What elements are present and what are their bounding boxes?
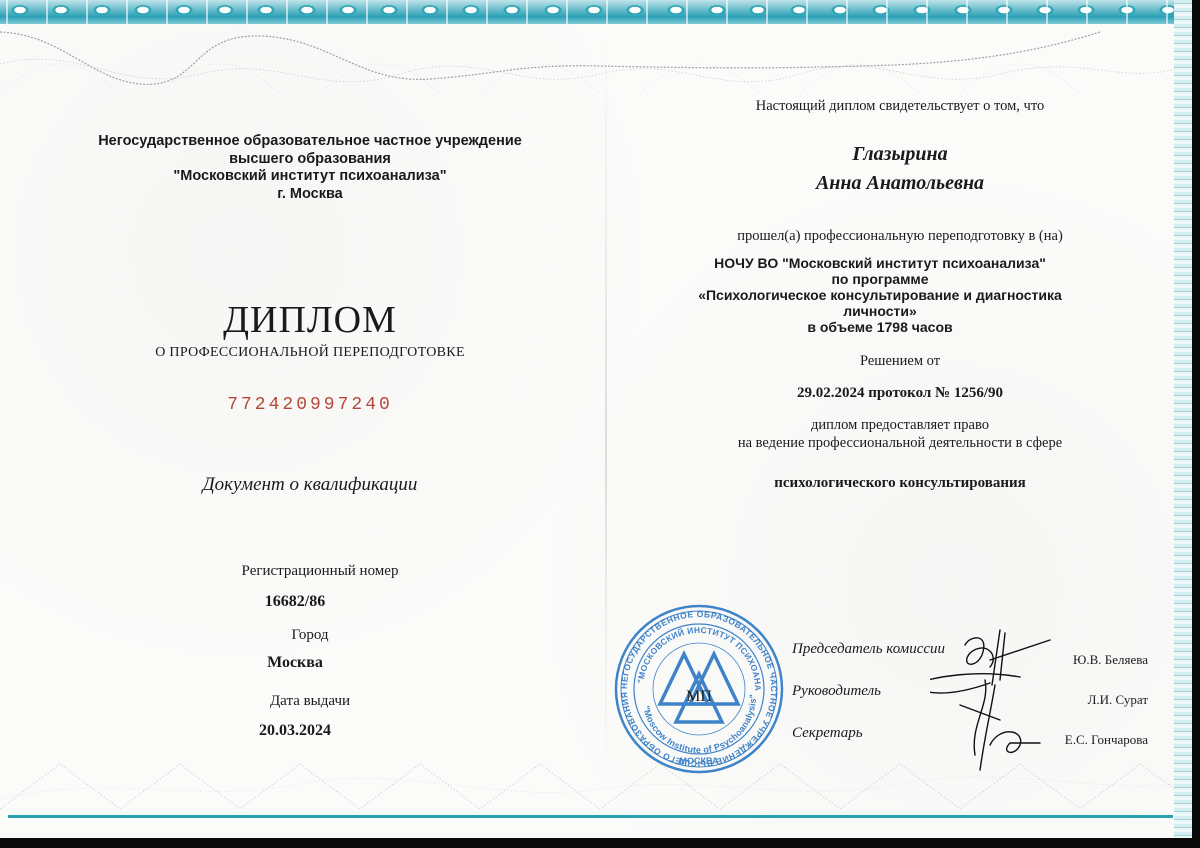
- graduate-given-names: Анна Анатольевна: [700, 172, 1100, 195]
- program-line: НОЧУ ВО "Московский институт психоанализ…: [660, 255, 1100, 271]
- signatory-role: Председатель комиссии: [792, 641, 945, 658]
- stamp-city: МОСКВА: [679, 756, 719, 766]
- stamp-mark: МП: [686, 688, 712, 705]
- registration-number: 16682/86: [190, 593, 400, 611]
- institution-stamp: НЕГОСУДАРСТВЕННОЕ ОБРАЗОВАТЕЛЬНОЕ ЧАСТНО…: [614, 604, 784, 774]
- program-line: «Психологическое консультирование и диаг…: [660, 287, 1100, 303]
- diploma-subtitle: О ПРОФЕССИОНАЛЬНОЙ ПЕРЕПОДГОТОВКЕ: [110, 345, 510, 361]
- diploma-sheet: Негосударственное образовательное частно…: [0, 0, 1192, 838]
- program-hours: в объеме 1798 часов: [660, 319, 1100, 335]
- graduate-surname: Глазырина: [700, 143, 1100, 166]
- issue-date: 20.03.2024: [190, 722, 400, 740]
- ornamental-border-right: [1174, 0, 1192, 838]
- signatory-role: Руководитель: [792, 683, 881, 700]
- rights-line: диплом предоставляет право: [700, 416, 1100, 434]
- institution-line: высшего образования: [90, 151, 530, 169]
- program-details: НОЧУ ВО "Московский институт психоанализ…: [660, 255, 1100, 335]
- program-line: личности»: [660, 303, 1100, 319]
- professional-field: психологического консультирования: [700, 475, 1100, 492]
- serial-number: 772420997240: [150, 395, 470, 415]
- certifies-text: Настоящий диплом свидетельствует о том, …: [700, 98, 1100, 115]
- decision-protocol: 29.02.2024 протокол № 1256/90: [700, 385, 1100, 402]
- program-line: по программе: [660, 271, 1100, 287]
- signatory-role: Секретарь: [792, 725, 863, 742]
- institution-name: Негосударственное образовательное частно…: [90, 133, 530, 203]
- page-fold: [605, 30, 607, 800]
- ornamental-border-top: [0, 0, 1175, 24]
- diploma-title: ДИПЛОМ: [120, 298, 500, 342]
- city: Москва: [190, 654, 400, 672]
- registration-number-label: Регистрационный номер: [200, 563, 440, 580]
- rights-line: на ведение профессиональной деятельности…: [700, 434, 1100, 452]
- rights-text: диплом предоставляет право на ведение пр…: [700, 416, 1100, 452]
- decision-label: Решением от: [750, 353, 1050, 370]
- border-line-bottom: [8, 815, 1173, 818]
- issue-date-label: Дата выдачи: [200, 693, 420, 710]
- handwritten-signatures: [930, 625, 1070, 775]
- qualification-document-label: Документ о квалификации: [150, 474, 470, 496]
- institution-line: г. Москва: [90, 186, 530, 204]
- passed-retraining-text: прошел(а) профессиональную переподготовк…: [660, 228, 1140, 245]
- institution-line: "Московский институт психоанализа": [90, 168, 530, 186]
- institution-line: Негосударственное образовательное частно…: [90, 133, 530, 151]
- city-label: Город: [210, 627, 410, 644]
